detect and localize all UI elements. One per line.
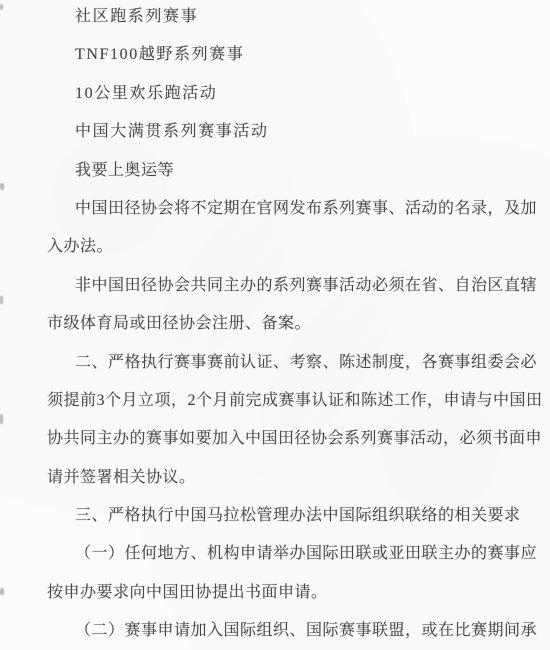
scanned-document-page: 社区跑系列赛事 TNF100越野系列赛事 10公里欢乐跑活动 中国大满贯系列赛事… xyxy=(0,0,550,650)
section-2-certification-line4: 请并签署相关协议。 xyxy=(47,459,542,497)
scan-artifact xyxy=(0,4,3,10)
list-item-community-run-series: 社区跑系列赛事 xyxy=(47,0,542,36)
section-3-item-2-line1: （二）赛事申请加入国际组织、国际赛事联盟，或在比赛期间承 xyxy=(47,612,542,650)
list-item-10k-happy-run: 10公里欢乐跑活动 xyxy=(47,75,542,113)
section-2-certification-line3: 协共同主办的赛事如要加入中国田径协会系列赛事活动，必须书面申 xyxy=(47,420,542,458)
section-3-item-1-line2: 按申办要求向中国田协提出书面申请。 xyxy=(47,574,542,612)
scan-artifact xyxy=(0,183,4,190)
section-3-item-1-line1: （一）任何地方、机构申请举办国际田联或亚田联主办的赛事应 xyxy=(47,535,542,573)
scan-artifact xyxy=(0,414,3,424)
paragraph-catalog-publish-line1: 中国田径协会将不定期在官网发布系列赛事、活动的名录，及加 xyxy=(47,190,542,228)
paragraph-catalog-publish-line2: 入办法。 xyxy=(47,228,542,266)
paragraph-registration-line2: 市级体育局或田径协会注册、备案。 xyxy=(47,305,542,343)
document-body: 社区跑系列赛事 TNF100越野系列赛事 10公里欢乐跑活动 中国大满贯系列赛事… xyxy=(47,0,542,650)
scan-artifact xyxy=(0,588,4,595)
scan-artifact xyxy=(0,296,3,304)
list-item-china-grand-slam: 中国大满贯系列赛事活动 xyxy=(47,113,542,151)
section-3-heading: 三、严格执行中国马拉松管理办法中国际组织联络的相关要求 xyxy=(47,497,542,535)
list-item-tnf100-trail-series: TNF100越野系列赛事 xyxy=(47,36,542,74)
section-2-certification-line1: 二、严格执行赛事赛前认证、考察、陈述制度，各赛事组委会必 xyxy=(47,344,542,382)
paragraph-registration-line1: 非中国田径协会共同主办的系列赛事活动必须在省、自治区直辖 xyxy=(47,267,542,305)
list-item-olympics-etc: 我要上奥运等 xyxy=(47,152,542,190)
section-2-certification-line2: 须提前3个月立项，2个月前完成赛事认证和陈述工作，申请与中国田 xyxy=(47,382,542,420)
